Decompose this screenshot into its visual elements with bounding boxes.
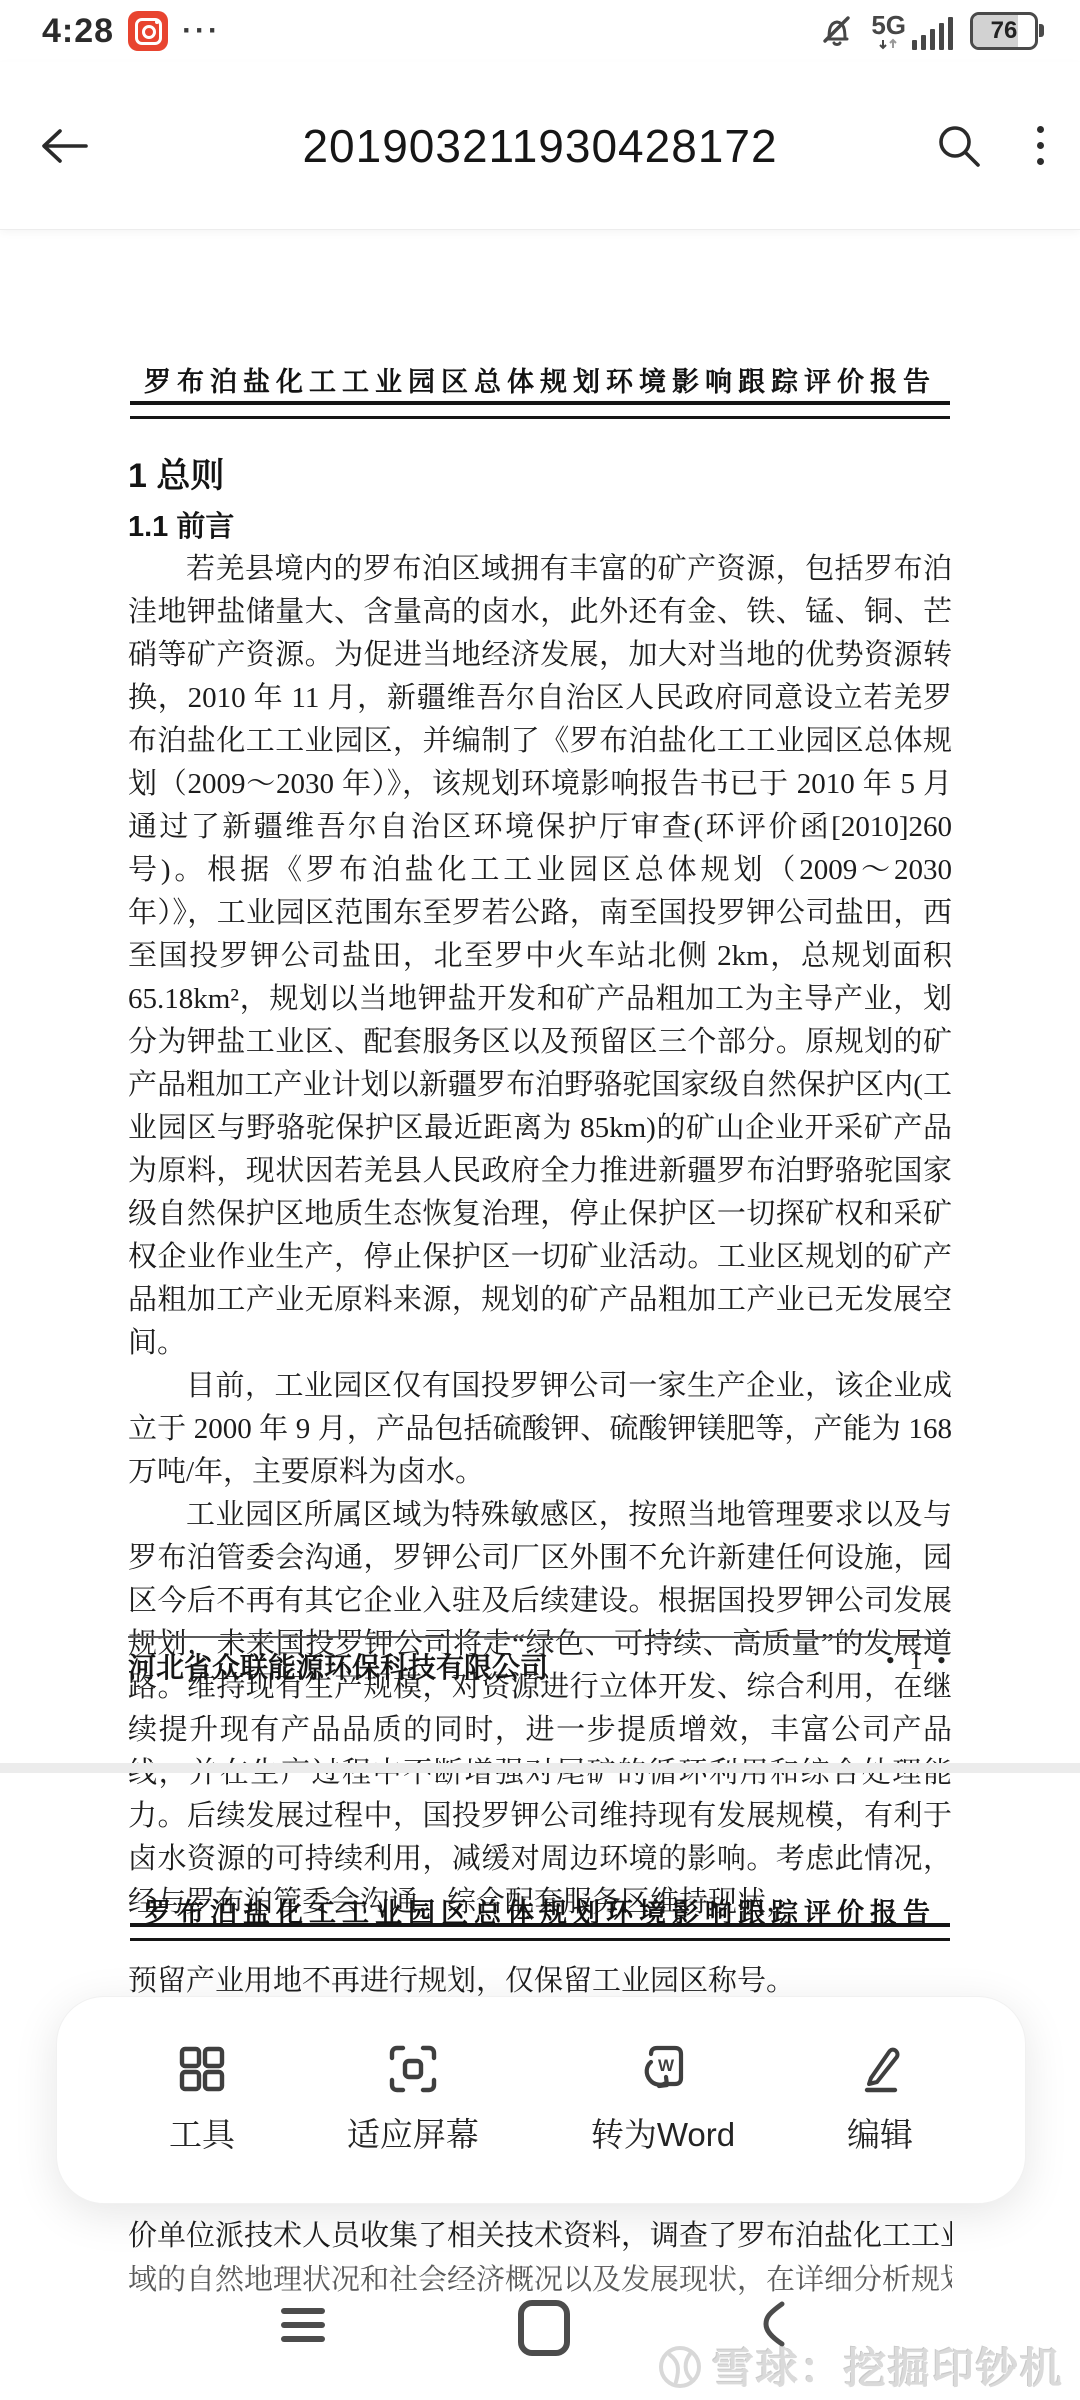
- clock: 4:28: [42, 12, 114, 51]
- kebab-menu-icon[interactable]: [1037, 126, 1044, 165]
- page2-text-line: 预留产业用地不再进行规划，仅保留工业园区称号。: [128, 1958, 952, 1999]
- tool-label: 工具: [169, 2109, 235, 2156]
- header-rule-thick: [130, 1923, 950, 1927]
- fit-screen-icon: [388, 2044, 438, 2094]
- fit-screen-button[interactable]: 适应屏幕: [347, 2044, 479, 2156]
- xueqiu-logo-icon: [656, 2342, 704, 2390]
- section-heading: 1 总则: [128, 448, 224, 497]
- watermark-text: 雪球：挖掘印钞机: [712, 2336, 1064, 2396]
- battery-percent: 76: [991, 17, 1018, 45]
- paragraph: 目前，工业园区仅有国投罗钾公司一家生产企业，该企业成立于 2000 年 9 月，…: [128, 1365, 952, 1494]
- status-bar: 4:28 ··· 5G 76: [0, 0, 1080, 62]
- header-rule-thick: [130, 401, 950, 405]
- tool-label: 适应屏幕: [347, 2109, 479, 2156]
- svg-text:W: W: [658, 2056, 675, 2075]
- app-toolbar: 201903211930428172: [0, 62, 1080, 230]
- signal-bars-icon: 5G: [871, 12, 956, 50]
- bottom-toolbar-card: 工具 适应屏幕 W 转为Word 编辑: [56, 1996, 1026, 2204]
- network-type-label: 5G: [871, 12, 906, 38]
- battery-icon: 76: [970, 12, 1038, 50]
- edit-pencil-icon: [855, 2044, 905, 2094]
- back-arrow-icon[interactable]: [36, 124, 92, 168]
- document-title: 201903211930428172: [0, 119, 1080, 173]
- bell-muted-icon: [817, 11, 857, 51]
- tools-grid-icon: [177, 2044, 227, 2094]
- instagram-icon: [128, 11, 168, 51]
- convert-to-word-icon: W: [637, 2044, 689, 2094]
- header-rule-thin: [130, 416, 950, 419]
- paragraph: 若羌县境内的罗布泊区域拥有丰富的矿产资源，包括罗布泊洼地钾盐储量大、含量高的卤水…: [128, 548, 952, 1365]
- tool-label: 编辑: [847, 2109, 913, 2156]
- search-icon[interactable]: [933, 120, 985, 172]
- document-body-text: 若羌县境内的罗布泊区域拥有丰富的矿产资源，包括罗布泊洼地钾盐储量大、含量高的卤水…: [128, 548, 952, 1924]
- page-number: • 1 •: [886, 1646, 950, 1676]
- footer-rule: [128, 1636, 950, 1638]
- tool-label: 转为Word: [591, 2109, 735, 2156]
- home-icon[interactable]: [518, 2300, 570, 2356]
- paragraph: 工业园区所属区域为特殊敏感区，按照当地管理要求以及与罗布泊管委会沟通，罗钾公司厂…: [128, 1494, 952, 1924]
- page2-text-line: 价单位派技术人员收集了相关技术资料，调查了罗布泊盐化工工业园区所在区: [128, 2213, 952, 2254]
- watermark: 雪球：挖掘印钞机: [656, 2336, 1064, 2396]
- more-notifications-icon: ···: [182, 26, 221, 36]
- page1-running-header: 罗布泊盐化工工业园区总体规划环境影响跟踪评价报告: [130, 360, 950, 399]
- convert-to-word-button[interactable]: W 转为Word: [591, 2044, 735, 2156]
- footer-company-name: 河北省众联能源环保科技有限公司: [128, 1646, 548, 1686]
- subsection-heading: 1.1 前言: [128, 504, 234, 545]
- page-separator: [0, 1763, 1080, 1773]
- recents-icon[interactable]: [281, 2308, 325, 2342]
- tools-button[interactable]: 工具: [169, 2044, 235, 2156]
- header-rule-thin: [130, 1938, 950, 1941]
- edit-button[interactable]: 编辑: [847, 2044, 913, 2156]
